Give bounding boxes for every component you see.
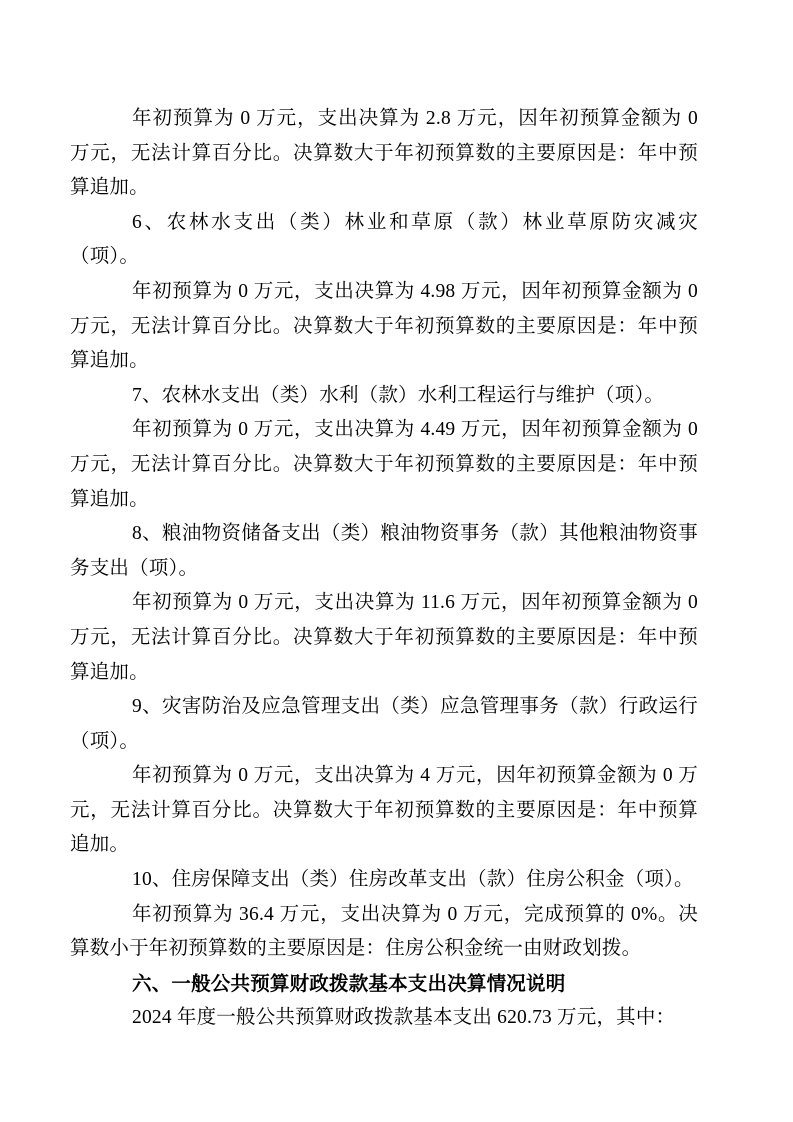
paragraph-item7-budget-note: 年初预算为 0 万元，支出决算为 4.49 万元，因年初预算金额为 0 万元，无…	[70, 413, 698, 517]
paragraph-item9-budget-note: 年初预算为 0 万元，支出决算为 4 万元，因年初预算金额为 0 万元，无法计算…	[70, 759, 698, 863]
document-body: 年初预算为 0 万元，支出决算为 2.8 万元，因年初预算金额为 0 万元，无法…	[70, 102, 698, 1036]
list-item-9-title: 9、灾害防治及应急管理支出（类）应急管理事务（款）行政运行（项）。	[70, 690, 698, 759]
paragraph-item5-budget-note: 年初预算为 0 万元，支出决算为 2.8 万元，因年初预算金额为 0 万元，无法…	[70, 102, 698, 206]
document-page: 年初预算为 0 万元，支出决算为 2.8 万元，因年初预算金额为 0 万元，无法…	[0, 0, 793, 1122]
paragraph-item10-budget-note: 年初预算为 36.4 万元，支出决算为 0 万元，完成预算的 0%。决算数小于年…	[70, 898, 698, 967]
paragraph-item8-budget-note: 年初预算为 0 万元，支出决算为 11.6 万元，因年初预算金额为 0 万元，无…	[70, 586, 698, 690]
paragraph-item6-budget-note: 年初预算为 0 万元，支出决算为 4.98 万元，因年初预算金额为 0 万元，无…	[70, 275, 698, 379]
paragraph-section-six-intro: 2024 年度一般公共预算财政拨款基本支出 620.73 万元，其中：	[70, 1001, 698, 1036]
section-heading-six: 六、一般公共预算财政拨款基本支出决算情况说明	[70, 967, 698, 1002]
list-item-10-title: 10、住房保障支出（类）住房改革支出（款）住房公积金（项）。	[70, 863, 698, 898]
list-item-8-title: 8、粮油物资储备支出（类）粮油物资事务（款）其他粮油物资事务支出（项）。	[70, 517, 698, 586]
list-item-6-title: 6、农林水支出（类）林业和草原（款）林业草原防灾减灾（项）。	[70, 206, 698, 275]
list-item-7-title: 7、农林水支出（类）水利（款）水利工程运行与维护（项）。	[70, 379, 698, 414]
